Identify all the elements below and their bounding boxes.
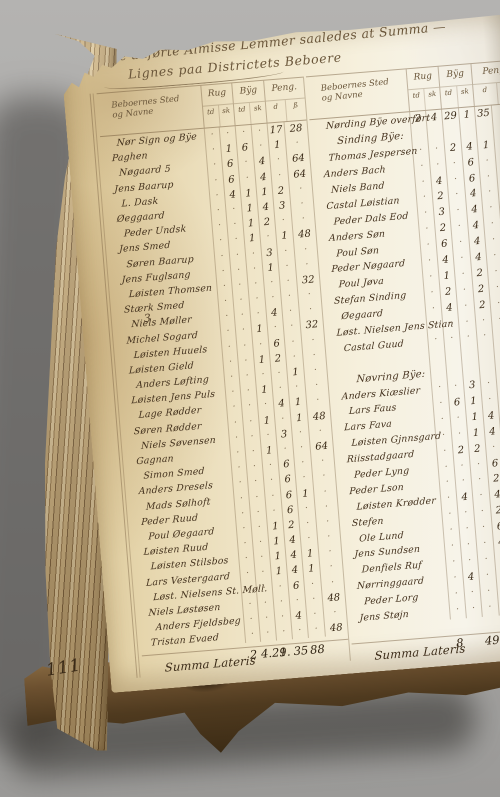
entry-value: 2: [258, 215, 275, 231]
entry-value: 6: [287, 578, 304, 594]
entry-value: ·: [218, 309, 234, 325]
entry-value: ·: [458, 521, 475, 538]
entry-value: ·: [226, 217, 243, 233]
entry-value: ·: [248, 291, 265, 307]
entry-value: 2: [269, 351, 286, 367]
entry-value: ·: [244, 627, 260, 643]
entry-value: 4: [492, 535, 500, 552]
entry-value: 2: [468, 441, 486, 458]
entry-value: ·: [423, 285, 440, 302]
entry-value: ·: [274, 213, 292, 230]
entry-value: ·: [489, 296, 500, 313]
entry-value: 4: [464, 186, 481, 203]
entry-value: ·: [276, 442, 293, 458]
entry-value: 1: [262, 260, 279, 276]
unit-label: td: [440, 86, 457, 108]
entry-value: ·: [244, 246, 261, 262]
entry-value: 3: [273, 198, 291, 215]
entry-value: 1: [251, 322, 268, 338]
entry-value: ·: [451, 426, 468, 443]
entry-value: ·: [206, 158, 222, 174]
entry-value: ·: [249, 505, 266, 521]
entry-value: ·: [478, 153, 496, 170]
entry-value: ·: [271, 381, 288, 397]
unit-label: sk: [423, 88, 441, 110]
entry-value: 2: [495, 566, 500, 583]
entry-value: 2: [271, 183, 289, 200]
entry-value: [492, 119, 500, 137]
entry-value: ·: [431, 380, 448, 397]
entry-value: ·: [457, 506, 474, 523]
entry-value: 2: [452, 442, 469, 459]
entry-value: ·: [461, 553, 478, 570]
entry-value: 4: [461, 139, 478, 156]
entry-value: 6: [281, 502, 298, 518]
entry-value: ·: [453, 458, 470, 475]
entry-value: 1: [296, 486, 314, 503]
entry-value: 1: [240, 186, 257, 202]
entry-value: [461, 362, 479, 379]
entry-value: ·: [285, 349, 303, 366]
header-group-byg: Bÿg td sk: [231, 81, 266, 125]
entry-value: ·: [417, 206, 434, 223]
entry-value: ·: [449, 411, 466, 428]
unit-label: sk: [456, 85, 474, 107]
entry-value: ·: [254, 565, 271, 581]
entry-value: 1: [458, 107, 475, 124]
entry-value: ·: [480, 376, 497, 393]
entry-value: ·: [490, 312, 500, 329]
entry-value: ·: [479, 583, 497, 600]
summa-label: Summa Lateris: [143, 654, 247, 676]
entry-value: ·: [458, 314, 476, 331]
entry-value: 4: [224, 187, 241, 203]
entry-value: ·: [485, 440, 500, 457]
entry-value: 4: [430, 173, 447, 190]
entry-value: ·: [274, 411, 291, 427]
entry-value: ·: [496, 167, 500, 185]
entry-value: ·: [484, 232, 500, 249]
entry-value: ·: [279, 274, 297, 291]
entry-value: [477, 345, 494, 362]
entry-value: ·: [231, 461, 247, 477]
entry-value: 4: [437, 252, 454, 269]
entry-value: ·: [432, 396, 449, 413]
entry-value: ·: [438, 475, 455, 492]
entry-value: 1: [269, 549, 286, 565]
entry-value: ·: [242, 414, 259, 430]
entry-value: 35: [474, 106, 492, 123]
entry-value: ·: [221, 339, 237, 355]
entry-value: ·: [452, 251, 470, 268]
entry-value: 1: [258, 413, 275, 429]
entry-value: 4: [265, 305, 282, 321]
entry-value: 3: [275, 426, 292, 442]
entry-value: ·: [239, 384, 256, 400]
entry-value: [494, 359, 500, 376]
header-group-penge: Peng. d ß: [470, 60, 500, 106]
entry-value: ·: [216, 279, 232, 295]
entry-value: ·: [479, 169, 497, 186]
entry-value: 3: [463, 378, 481, 395]
header-group-rug: Rug td sk: [200, 83, 234, 127]
entry-value: ·: [445, 156, 463, 173]
entry-value: 4: [284, 532, 301, 548]
entry-value: ·: [238, 170, 255, 186]
entry-value: ·: [226, 400, 242, 416]
entry-value: ·: [278, 259, 296, 276]
entry-value: ·: [299, 531, 317, 548]
entry-value: 1: [465, 409, 483, 426]
entry-value: ·: [480, 185, 498, 202]
entry-value: ·: [455, 283, 473, 300]
entry-value: ·: [217, 294, 233, 310]
entry-value: 1: [255, 382, 272, 398]
entry-value: ·: [257, 397, 274, 413]
entry-value: 1: [255, 184, 272, 200]
entry-value: 2: [431, 189, 448, 206]
entry-value: 1: [243, 231, 260, 247]
entry-value: ·: [418, 222, 435, 239]
entry-value: ·: [215, 264, 231, 280]
entry-value: 6: [277, 457, 294, 473]
entry-value: ·: [270, 168, 288, 185]
entry-value: ·: [233, 308, 250, 324]
entry-value: ·: [205, 143, 221, 159]
entry-value: ·: [477, 552, 495, 569]
entry-value: ·: [472, 488, 490, 505]
entry-value: ·: [446, 172, 464, 189]
entry-value: ·: [463, 585, 480, 602]
summa-label: Summa Lateris: [352, 642, 452, 664]
entry-value: 1: [270, 564, 287, 580]
entry-value: ·: [450, 219, 468, 236]
entry-value: ·: [282, 319, 300, 336]
entry-value: ·: [292, 440, 310, 457]
entry-value: ·: [210, 203, 226, 219]
entry-value: [426, 125, 443, 142]
entry-value: ·: [429, 157, 446, 174]
entry-value: ·: [443, 331, 460, 348]
entry-value: 6: [462, 155, 479, 172]
entry-value: ·: [276, 243, 294, 260]
entry-value: ·: [228, 430, 244, 446]
entry-value: ·: [212, 233, 228, 249]
entry-value: ·: [280, 289, 298, 306]
entry-value: ·: [291, 425, 309, 442]
entry-value: 4: [253, 154, 270, 170]
entry-value: [475, 121, 493, 138]
entry-value: ·: [424, 301, 441, 318]
entry-value: ·: [238, 368, 255, 384]
entry-value: ·: [252, 535, 269, 551]
entry-value: 2: [472, 281, 489, 298]
entry-value: ·: [261, 458, 278, 474]
entry-value: ·: [242, 597, 258, 613]
ledger-page: De anførte Almisse Lemmer saaledes at Su…: [60, 14, 500, 693]
entry-value: ·: [237, 536, 253, 552]
entry-value: ·: [252, 139, 269, 155]
entry-value: ·: [231, 278, 248, 294]
entry-value: ·: [259, 428, 276, 444]
entry-value: ·: [265, 503, 282, 519]
entry-value: 1: [242, 216, 259, 232]
entry-value: ·: [207, 173, 223, 189]
entry-value: ·: [441, 507, 458, 524]
entry-value: ·: [298, 516, 316, 533]
entry-value: ·: [413, 158, 430, 175]
entry-value: ·: [249, 307, 266, 323]
entry-name: [329, 358, 429, 366]
entry-value: ·: [293, 455, 311, 472]
unit-label: d: [266, 100, 287, 122]
entry-value: 4: [290, 608, 307, 624]
entry-value: 2: [439, 284, 456, 301]
entry-value: ·: [237, 353, 254, 369]
entry-value: 6: [280, 487, 297, 503]
entry-value: 2: [490, 503, 500, 520]
entry-value: ·: [422, 269, 439, 286]
entry-value: 6: [435, 236, 452, 253]
entry-value: ·: [243, 612, 259, 628]
entry-value: ·: [303, 576, 321, 593]
entry-value: 6: [279, 472, 296, 488]
entry-value: ·: [442, 523, 459, 540]
entry-value: 6: [486, 455, 500, 472]
entry-value: 4: [489, 487, 500, 504]
entry-value: [442, 124, 460, 141]
entry-value: ·: [214, 249, 230, 265]
entry-value: ·: [475, 536, 493, 553]
entry-value: 6: [448, 395, 465, 412]
entry-value: ·: [271, 579, 288, 595]
entry-value: 4: [466, 202, 483, 219]
entry-value: ·: [235, 323, 252, 339]
entry-value: ·: [487, 264, 500, 281]
entry-value: ·: [272, 594, 289, 610]
entry-value: 4: [273, 396, 290, 412]
entry-value: 4: [482, 408, 499, 425]
margin-note: 3: [143, 312, 151, 326]
entry-value: ·: [224, 385, 240, 401]
entry-value: ·: [232, 476, 248, 492]
entry-value: ·: [241, 399, 258, 415]
entry-value: ·: [469, 457, 487, 474]
entry-value: ·: [436, 444, 453, 461]
entry-value: ·: [236, 338, 253, 354]
entry-value: 4: [286, 563, 303, 579]
entry-value: ·: [264, 488, 281, 504]
entry-value: ·: [251, 124, 268, 140]
entry-value: ·: [449, 602, 466, 619]
entry-value: 1: [496, 375, 500, 392]
entry-value: ·: [227, 415, 243, 431]
entry-value: ·: [246, 261, 263, 277]
header-group-rug: Rug td sk: [406, 67, 441, 111]
table-rows: Nør Sign og Bÿe····1728Paghen·16·1·Nøgaa…: [100, 120, 348, 651]
entry-value: ·: [495, 151, 500, 169]
entry-value: ·: [496, 582, 500, 599]
entry-value: ·: [473, 504, 491, 521]
entry-value: [445, 363, 462, 380]
entry-value: 6: [463, 170, 480, 187]
entry-value: ·: [481, 392, 498, 409]
entry-value: ·: [258, 611, 275, 627]
entry-value: ·: [266, 320, 283, 336]
entry-value: ·: [288, 593, 305, 609]
entry-value: ·: [304, 592, 322, 609]
entry-value: 1: [288, 395, 306, 412]
entry-value: ·: [223, 370, 239, 386]
entry-value: 6: [491, 519, 500, 536]
entry-value: 4: [257, 199, 274, 215]
entry-value: ·: [284, 334, 302, 351]
entry-value: ·: [220, 324, 236, 340]
entry-value: ·: [269, 153, 287, 170]
entry-value: 2: [473, 297, 490, 314]
entry-value: [444, 347, 461, 364]
entry-value: ·: [483, 217, 500, 234]
unit-label: td: [203, 106, 219, 128]
entry-value: 1: [476, 137, 494, 154]
entry-value: ·: [274, 609, 291, 625]
entry-value: ·: [447, 586, 464, 603]
entry-value: ·: [444, 539, 461, 556]
entry-value: 2: [434, 221, 451, 238]
entry-value: 6: [221, 157, 238, 173]
entry-value: ·: [475, 313, 492, 330]
entry-value: 88: [491, 103, 500, 121]
entry-value: ·: [264, 290, 281, 306]
entry-value: ·: [232, 293, 249, 309]
entry-value: ·: [247, 474, 264, 490]
entry-value: ·: [456, 298, 474, 315]
unit-label: ß: [285, 99, 307, 122]
header-group-penge: Peng. d ß: [263, 78, 306, 123]
entry-value: ·: [239, 567, 255, 583]
entry-value: ·: [481, 599, 499, 616]
entry-value: 1: [438, 268, 455, 285]
entry-value: 6: [494, 550, 500, 567]
entry-value: ·: [243, 429, 260, 445]
entry-value: ·: [234, 506, 250, 522]
unit-label: td: [234, 103, 251, 125]
entry-value: 3: [260, 245, 277, 261]
entry-value: 6: [222, 172, 239, 188]
entry-value: ·: [227, 232, 244, 248]
entry-value: ·: [421, 253, 438, 270]
entry-value: 1: [260, 443, 277, 459]
entry-value: 1: [302, 561, 320, 578]
entry-value: ·: [291, 623, 308, 639]
entry-value: 4: [469, 250, 486, 267]
entry-value: ·: [482, 201, 500, 218]
entry-value: ·: [259, 230, 276, 246]
entry-value: 4: [467, 218, 484, 235]
entry-value: ·: [246, 459, 263, 475]
entry-value: 1: [275, 228, 293, 245]
entry-value: ·: [465, 601, 482, 618]
entry-value: [428, 349, 445, 366]
entry-value: 1: [464, 393, 482, 410]
summa-row: Summa Lateris 8 49 3. 46 56: [351, 626, 500, 670]
entry-value: ·: [263, 473, 280, 489]
entry-value: [430, 364, 447, 381]
entry-value: 4: [440, 300, 457, 317]
entry-value: ·: [488, 280, 500, 297]
entry-value: ·: [222, 355, 238, 371]
entry-value: ·: [427, 333, 444, 350]
entry-value: ·: [459, 537, 476, 554]
entry-value: ·: [248, 490, 265, 506]
entry-value: ·: [233, 491, 249, 507]
entry-value: ·: [238, 551, 254, 567]
entry-value: ·: [493, 135, 500, 153]
entry-value: ·: [447, 187, 465, 204]
entry-value: ·: [446, 570, 463, 587]
entry-value: 1: [268, 137, 286, 154]
header-group-byg: Bÿg td sk: [438, 64, 474, 109]
entry-value: 1: [466, 425, 484, 442]
entry-value: ·: [252, 337, 269, 353]
entry-value: ·: [415, 190, 432, 207]
entry-value: 6: [236, 140, 253, 156]
entry-value: ·: [459, 330, 477, 347]
entry-value: ·: [204, 128, 220, 144]
unit-label: ß: [496, 81, 500, 104]
entry-value: ·: [474, 520, 492, 537]
entry-value: [410, 127, 427, 144]
entry-value: 2: [471, 265, 488, 282]
entry-value: ·: [470, 473, 488, 490]
entry-value: ·: [447, 379, 464, 396]
entry-value: ·: [454, 474, 471, 491]
entry-value: ·: [225, 202, 242, 218]
entry-value: 1: [268, 534, 285, 550]
entry-value: ·: [433, 412, 450, 429]
entry-value: ·: [229, 445, 245, 461]
entry-value: ·: [235, 521, 251, 537]
entry-value: 4: [468, 234, 485, 251]
entry-value: 4: [483, 424, 500, 441]
entry-value: 2: [282, 517, 299, 533]
entry-value: ·: [492, 327, 500, 344]
unit-label: d: [473, 83, 497, 106]
entry-value: 1: [286, 365, 304, 382]
entry-value: ·: [259, 626, 276, 642]
entry-value: [459, 123, 476, 140]
entry-value: ·: [287, 380, 305, 397]
entry-value: ·: [428, 141, 445, 158]
entry-value: ·: [485, 248, 500, 265]
entry-value: 1: [301, 546, 319, 563]
entry-value: [493, 343, 500, 360]
entry-value: 6: [268, 336, 285, 352]
entry-value: ·: [253, 550, 270, 566]
entry-value: ·: [281, 304, 299, 321]
entry-value: ·: [307, 622, 325, 639]
entry-value: ·: [449, 203, 467, 220]
entry-value: 29: [441, 108, 459, 125]
entry-value: ·: [263, 275, 280, 291]
entry-value: ·: [228, 247, 245, 263]
entry-value: ·: [244, 444, 261, 460]
entry-value: ·: [237, 155, 254, 171]
entry-value: 2: [487, 471, 500, 488]
entry-value: 1: [266, 519, 283, 535]
entry-value: ·: [476, 329, 493, 346]
entry-value: [478, 360, 495, 377]
